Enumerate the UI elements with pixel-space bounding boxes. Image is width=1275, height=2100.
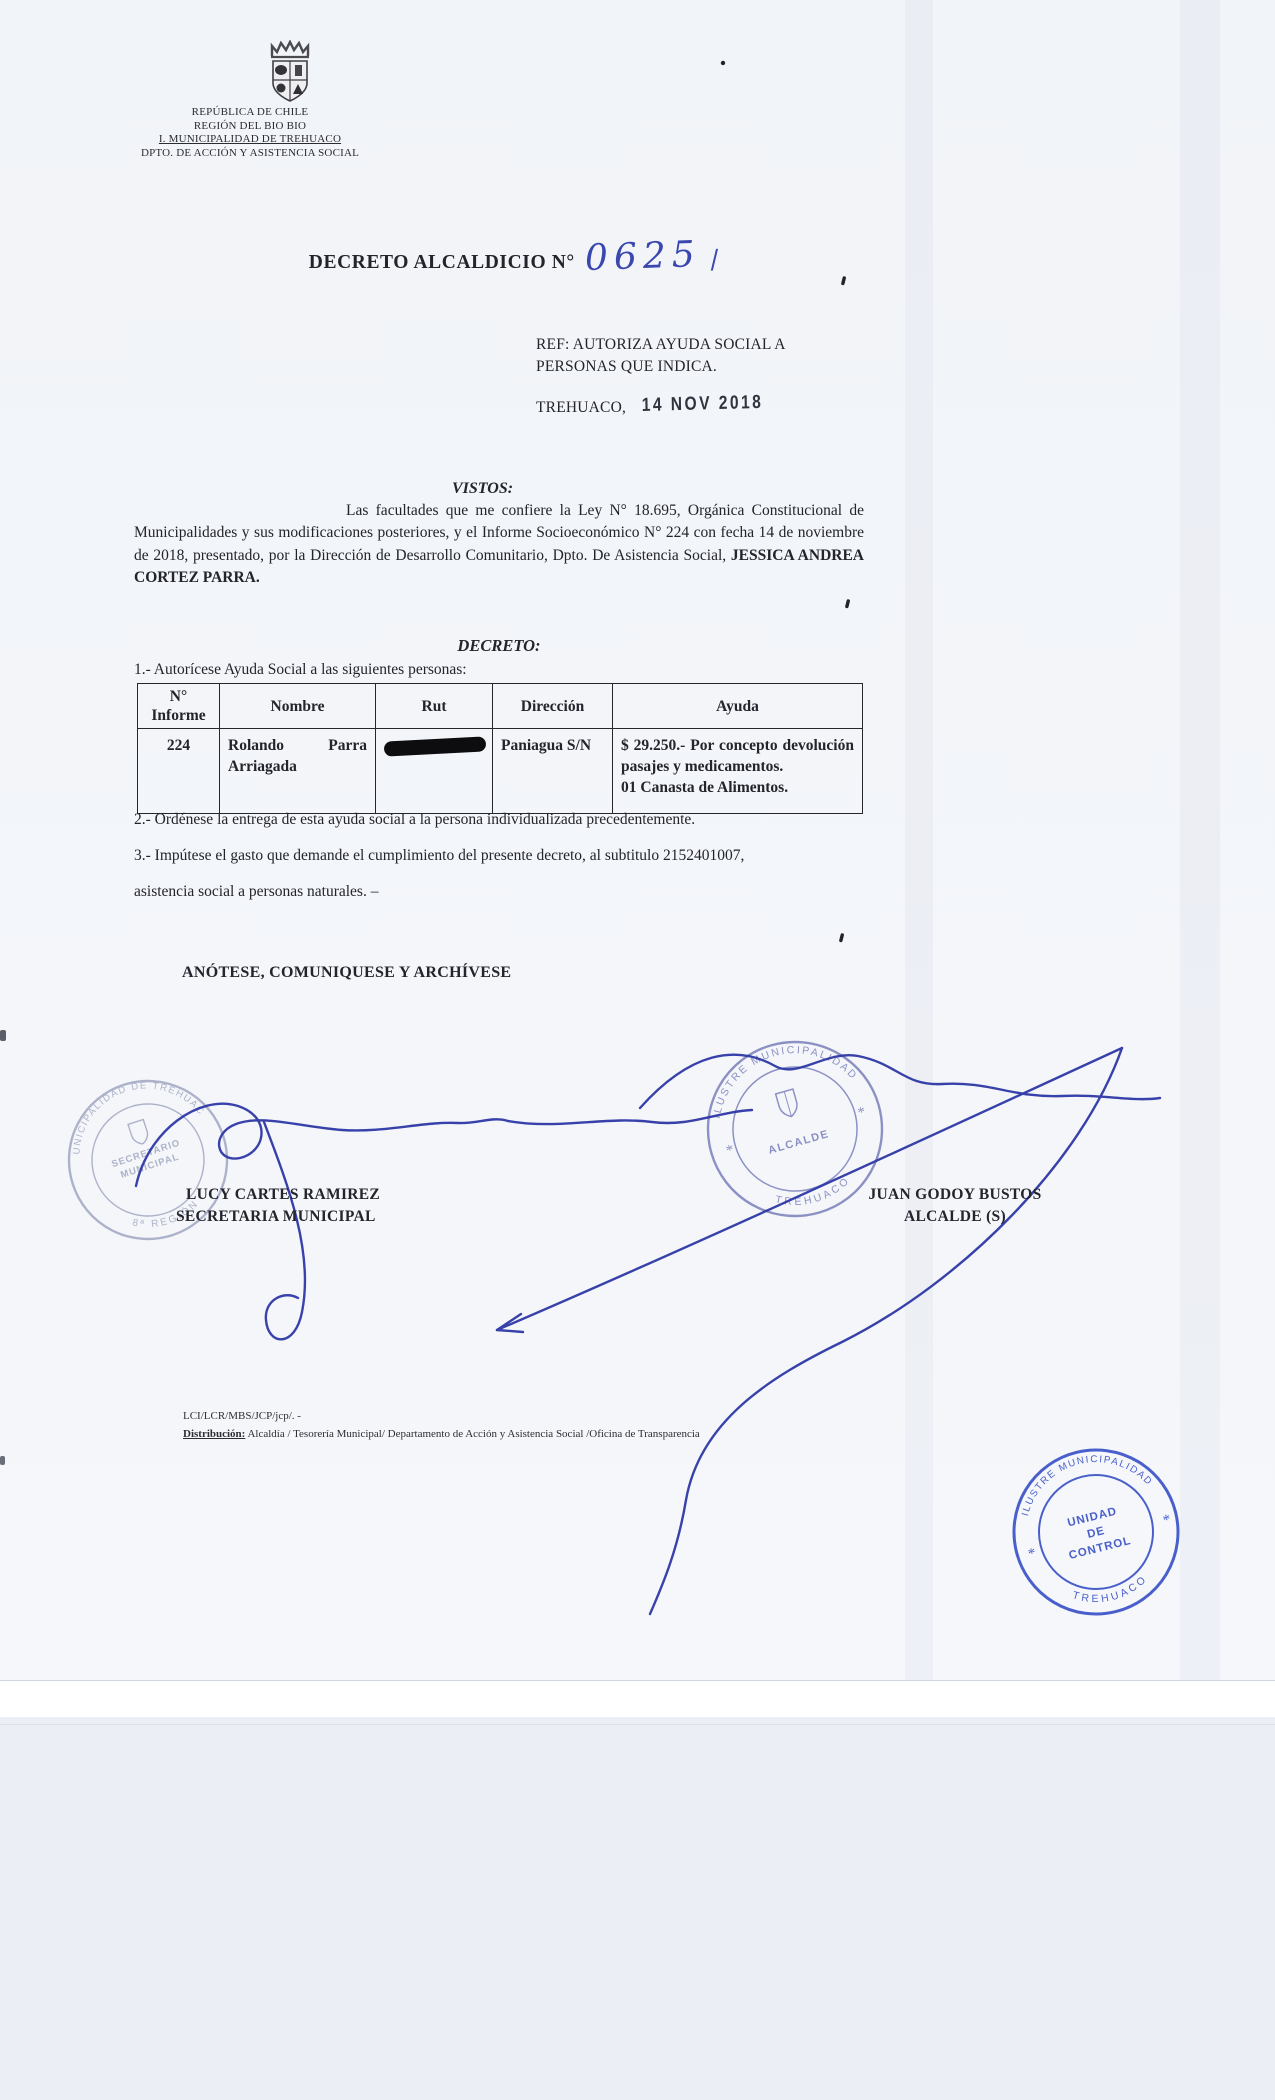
mayor-name: JUAN GODOY BUSTOS: [845, 1186, 1065, 1204]
svg-text:TREHUACO: TREHUACO: [1069, 1571, 1154, 1613]
control-stamp-line-3: CONTROL: [1068, 1535, 1133, 1562]
footer-distribution: Distribución: Alcaldía / Tesorería Munic…: [183, 1428, 843, 1440]
secretary-name: LUCY CARTES RAMIREZ: [186, 1186, 380, 1204]
scan-edge-speck: [0, 1030, 6, 1041]
footer-initials: LCI/LCR/MBS/JCP/jcp/. -: [183, 1410, 301, 1422]
control-stamp-star-left: *: [1027, 1545, 1038, 1562]
control-stamp-line-2: DE: [1086, 1525, 1106, 1541]
signature-stroke-left-tail: [264, 1122, 305, 1339]
ink-speck: [841, 276, 846, 286]
signature-ink: [0, 0, 1275, 2100]
signature-stroke-arrowhead: [497, 1314, 523, 1332]
scan-edge-speck: [0, 1456, 5, 1465]
secretary-title: SECRETARIA MUNICIPAL: [176, 1208, 376, 1226]
ink-speck: [839, 933, 844, 943]
signature-stroke-bridge: [508, 1110, 752, 1124]
ink-speck: [845, 599, 850, 609]
ink-speck: [721, 61, 725, 65]
scanned-document: REPÚBLICA DE CHILE REGIÓN DEL BIO BIO I.…: [0, 0, 1275, 2100]
control-stamp-ring-bottom: TREHUACO: [1069, 1571, 1154, 1613]
footer-distribution-list: Alcaldía / Tesorería Municipal/ Departam…: [245, 1428, 699, 1440]
footer-distribution-label: Distribución:: [183, 1428, 245, 1440]
signature-stroke-profile: [640, 1055, 1160, 1108]
signature-stroke-left: [136, 1104, 508, 1186]
mayor-title: ALCALDE (S): [845, 1208, 1065, 1226]
control-stamp-line-1: UNIDAD: [1066, 1505, 1118, 1529]
control-stamp-star-right: *: [1161, 1512, 1172, 1529]
